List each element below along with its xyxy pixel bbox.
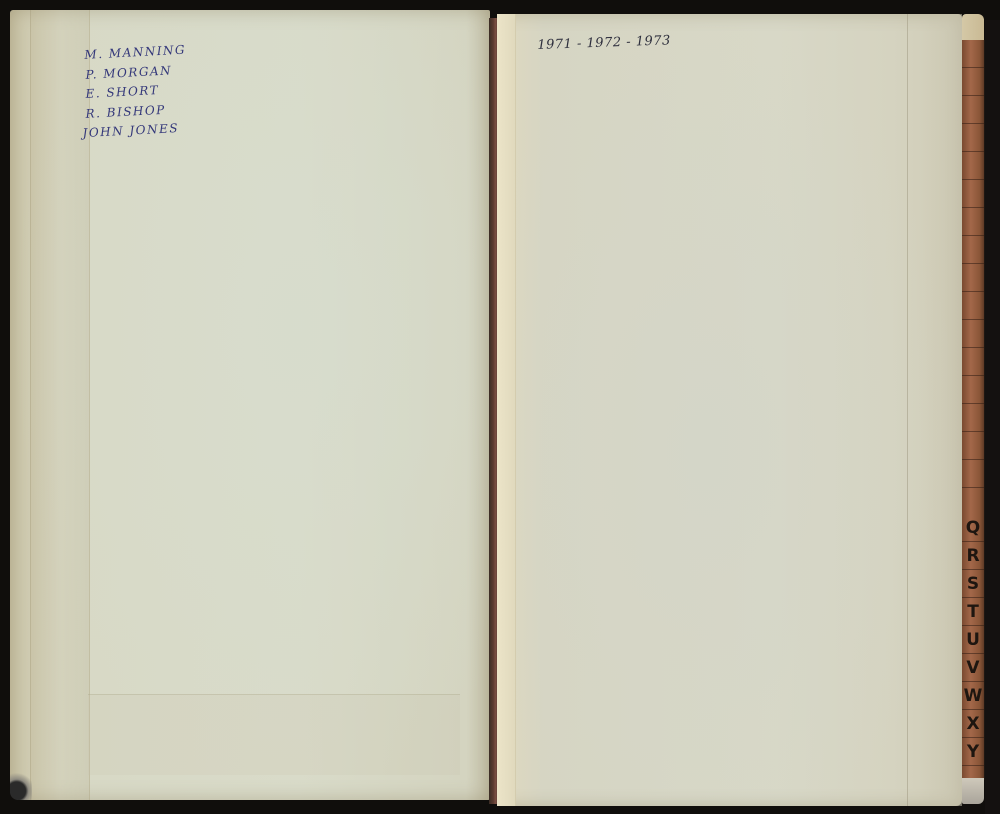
index-tab-r[interactable]: R <box>962 542 984 570</box>
index-tab[interactable] <box>962 40 984 68</box>
index-tab-strip: Q R S T U V W X Y <box>962 40 987 780</box>
index-tab-u[interactable]: U <box>962 626 984 654</box>
index-tab-s[interactable]: S <box>962 570 984 598</box>
right-gutter-strip <box>497 14 516 806</box>
index-tab-x[interactable]: X <box>962 710 984 738</box>
index-tab[interactable] <box>962 180 984 208</box>
right-margin-rule <box>907 14 908 806</box>
book-outer-edge <box>985 20 1000 814</box>
torn-corner <box>10 770 32 800</box>
scanned-book-spread: M. Manning P. Morgan E. Short R. Bishop … <box>0 0 1000 814</box>
left-margin-band <box>30 10 90 800</box>
index-tab[interactable] <box>962 208 984 236</box>
index-tab-q[interactable]: Q <box>962 514 984 542</box>
index-tab-v[interactable]: V <box>962 654 984 682</box>
tab-strip-bottom <box>962 778 984 804</box>
index-tab[interactable] <box>962 264 984 292</box>
index-tab[interactable] <box>962 320 984 348</box>
index-tab-t[interactable]: T <box>962 598 984 626</box>
tab-strip-top <box>962 14 984 40</box>
index-tab[interactable] <box>962 96 984 124</box>
index-tab[interactable] <box>962 376 984 404</box>
left-bottom-band <box>88 694 460 775</box>
index-tab[interactable] <box>962 292 984 320</box>
index-tab[interactable] <box>962 460 984 488</box>
right-page <box>497 14 962 806</box>
index-tab[interactable] <box>962 432 984 460</box>
index-tab[interactable] <box>962 348 984 376</box>
right-page-edge-shade <box>922 14 962 806</box>
index-tab[interactable] <box>962 124 984 152</box>
index-tab[interactable] <box>962 236 984 264</box>
index-tab[interactable] <box>962 68 984 96</box>
index-tab[interactable] <box>962 152 984 180</box>
index-tab-y[interactable]: Y <box>962 738 984 766</box>
index-tab-w[interactable]: W <box>962 682 984 710</box>
handwritten-names-list: M. Manning P. Morgan E. Short R. Bishop … <box>82 41 191 144</box>
index-tab[interactable] <box>962 404 984 432</box>
